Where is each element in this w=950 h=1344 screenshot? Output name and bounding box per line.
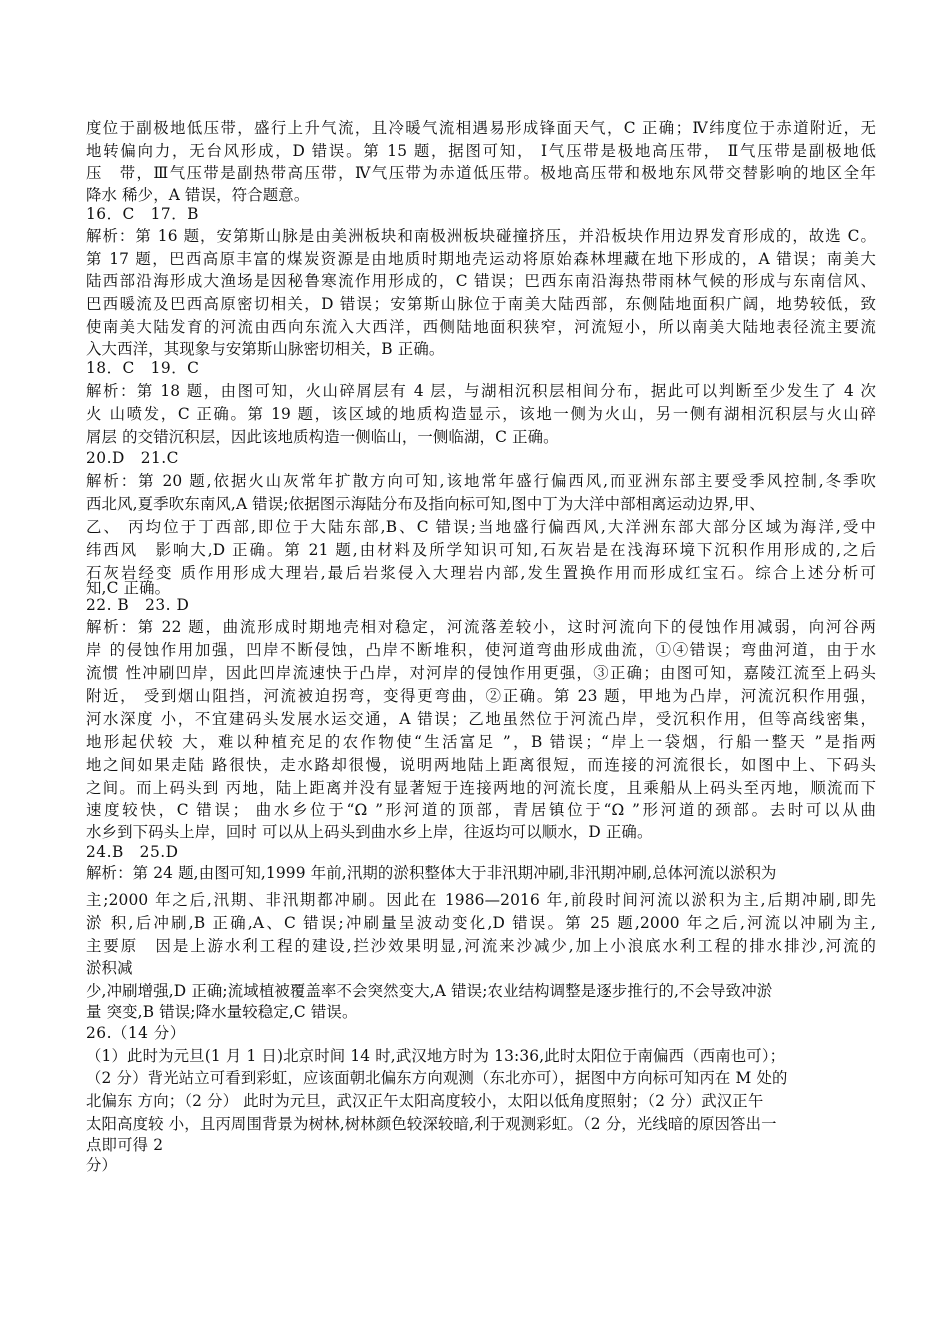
answer-key-line: 22. B 23. D (86, 594, 876, 616)
explanation-text-line: 解析：第 24 题,由图可知,1999 年前,汛期的淤积整体大于非汛期冲刷,非汛… (86, 862, 876, 884)
explanation-text-line: 火 山喷发，C 正确。第 19 题，该区域的地质构造显示，该地一侧为火山，另一侧… (86, 403, 876, 425)
explanation-text-line: 压 带，Ⅲ气压带是副热带高压带，Ⅳ气压带为赤道低压带。极地高压带和极地东风带交替… (86, 162, 876, 184)
explanation-text-line: 淤积减 (86, 957, 876, 979)
answer-key-line: 24.B 25.D (86, 841, 876, 863)
explanation-text-line: 流惯 性冲刷凹岸，因此凹岸流速快于凸岸，对河岸的侵蚀作用更强，③正确；由图可知，… (86, 662, 876, 684)
explanation-text-line: 量 突变,B 错误;降水量较稳定,C 错误。 (86, 1001, 876, 1023)
explanation-text-line: 陆西部沿海形成大渔场是因秘鲁寒流作用形成的，C 错误；巴西东南沿海热带雨林气候的… (86, 270, 876, 292)
answer-key-line: 16．C 17．B (86, 203, 876, 225)
explanation-text-line: 主要原 因是上游水利工程的建设,拦沙效果明显,河流来沙减少,加上小浪底水利工程的… (86, 935, 876, 957)
explanation-text-line: （1）此时为元旦(1 月 1 日)北京时间 14 时,武汉地方时为 13:36,… (86, 1045, 876, 1067)
explanation-text-line: 水乡到下码头上岸，回时 可以从上码头到曲水乡上岸，往返均可以顺水，D 正确。 (86, 821, 876, 843)
explanation-text-line: 淤 积,后冲刷,B 正确,A、C 错误;冲刷量呈波动变化,D 错误。第 25 题… (86, 912, 876, 934)
explanation-text-line: 地转偏向力，无台风形成，D 错误。第 15 题，据图可知， Ⅰ气压带是极地高压带… (86, 140, 876, 162)
explanation-text-line: 主;2000 年之后,汛期、非汛期都冲刷。因此在 1986—2016 年,前段时… (86, 889, 876, 911)
explanation-text-line: 巴西暖流及巴西高原密切相关，D 错误；安第斯山脉位于南美大陆西部，东侧陆地面积广… (86, 293, 876, 315)
explanation-text-line: 河水深度 小，不宜建码头发展水运交通，A 错误；乙地虽然位于河流凸岸，受沉积作用… (86, 708, 876, 730)
explanation-text-line: 度位于副极地低压带，盛行上升气流，且冷暖气流相遇易形成锋面天气，C 正确；Ⅳ纬度… (86, 117, 876, 139)
explanation-text-line: （2 分）背光站立可看到彩虹，应该面朝北偏东方向观测（东北亦可），据图中方向标可… (86, 1067, 876, 1089)
answer-key-line: 20.D 21.C (86, 447, 876, 469)
document-page: 度位于副极地低压带，盛行上升气流，且冷暖气流相遇易形成锋面天气，C 正确；Ⅳ纬度… (0, 0, 950, 1344)
explanation-text-line: 纬西风 影响大,D 正确。第 21 题,由材料及所学知识可知,石灰岩是在浅海环境… (86, 539, 876, 561)
explanation-text-line: 第 17 题，巴西高原丰富的煤炭资源是由地质时期地壳运动将原始森林埋藏在地下形成… (86, 248, 876, 270)
explanation-text-line: 使南美大陆发育的河流由西向东流入大西洋，西侧陆地面积狭窄，河流短小，所以南美大陆… (86, 316, 876, 338)
explanation-text-line: 乙、 丙均位于丁西部,即位于大陆东部,B、C 错误;当地盛行偏西风,大洋洲东部大… (86, 516, 876, 538)
explanation-text-line: 附近， 受到烟山阻挡，河流被迫拐弯，变得更弯曲，②正确。第 23 题，甲地为凸岸… (86, 685, 876, 707)
answer-key-line: 26.（14 分） (86, 1022, 876, 1044)
answer-key-line: 18．C 19．C (86, 357, 876, 379)
explanation-text-line: 解析：第 18 题，由图可知，火山碎屑层有 4 层，与湖相沉积层相间分布，据此可… (86, 380, 876, 402)
explanation-text-line: 北偏东 方向；（2 分） 此时为元旦，武汉正午太阳高度较小，太阳以低角度照射；（… (86, 1090, 876, 1112)
explanation-text-line: 少,冲刷增强,D 正确;流域植被覆盖率不会突然变大,A 错误;农业结构调整是逐步… (86, 980, 876, 1002)
explanation-text-line: 岸 的侵蚀作用加强，凹岸不断侵蚀，凸岸不断堆积，使河道弯曲形成曲流，①④错误；弯… (86, 639, 876, 661)
explanation-text-line: 解析：第 22 题，曲流形成时期地壳相对稳定，河流落差较小，这时河流向下的侵蚀作… (86, 616, 876, 638)
explanation-text-line: 速度较快，C 错误； 曲水乡位于“Ω ”形河道的顶部，青居镇位于“Ω ”形河道的… (86, 799, 876, 821)
explanation-text-line: 太阳高度较 小，且丙周围背景为树林,树林颜色较深较暗,利于观测彩虹。（2 分，光… (86, 1113, 876, 1135)
explanation-text-line: 解析：第 20 题,依据火山灰常年扩散方向可知,该地常年盛行偏西风,而亚洲东部主… (86, 470, 876, 492)
explanation-text-line: 地形起伏较 大，难以种植充足的农作物使“生活富足 ”，B 错误；“岸上一袋烟，行… (86, 731, 876, 753)
explanation-text-line: 解析：第 16 题，安第斯山脉是由美洲板块和南极洲板块碰撞挤压，并沿板块作用边界… (86, 225, 876, 247)
explanation-text-line: 西北风,夏季吹东南风,A 错误;依据图示海陆分布及指向标可知,图中丁为大洋中部相… (86, 493, 876, 515)
explanation-text-line: 地之间如果走陆 路很快，走水路却很慢，说明两地陆上距离很短，而连接的河流很长，如… (86, 754, 876, 776)
explanation-text-line: 屑层 的交错沉积层，因此该地质构造一侧临山，一侧临湖，C 正确。 (86, 426, 876, 448)
explanation-text-line: 点即可得 2 (86, 1134, 876, 1156)
explanation-text-line: 分） (86, 1154, 876, 1176)
explanation-text-line: 之间。而上码头到 丙地，陆上距离并没有显著短于连接两地的河流长度，且乘船从上码头… (86, 777, 876, 799)
